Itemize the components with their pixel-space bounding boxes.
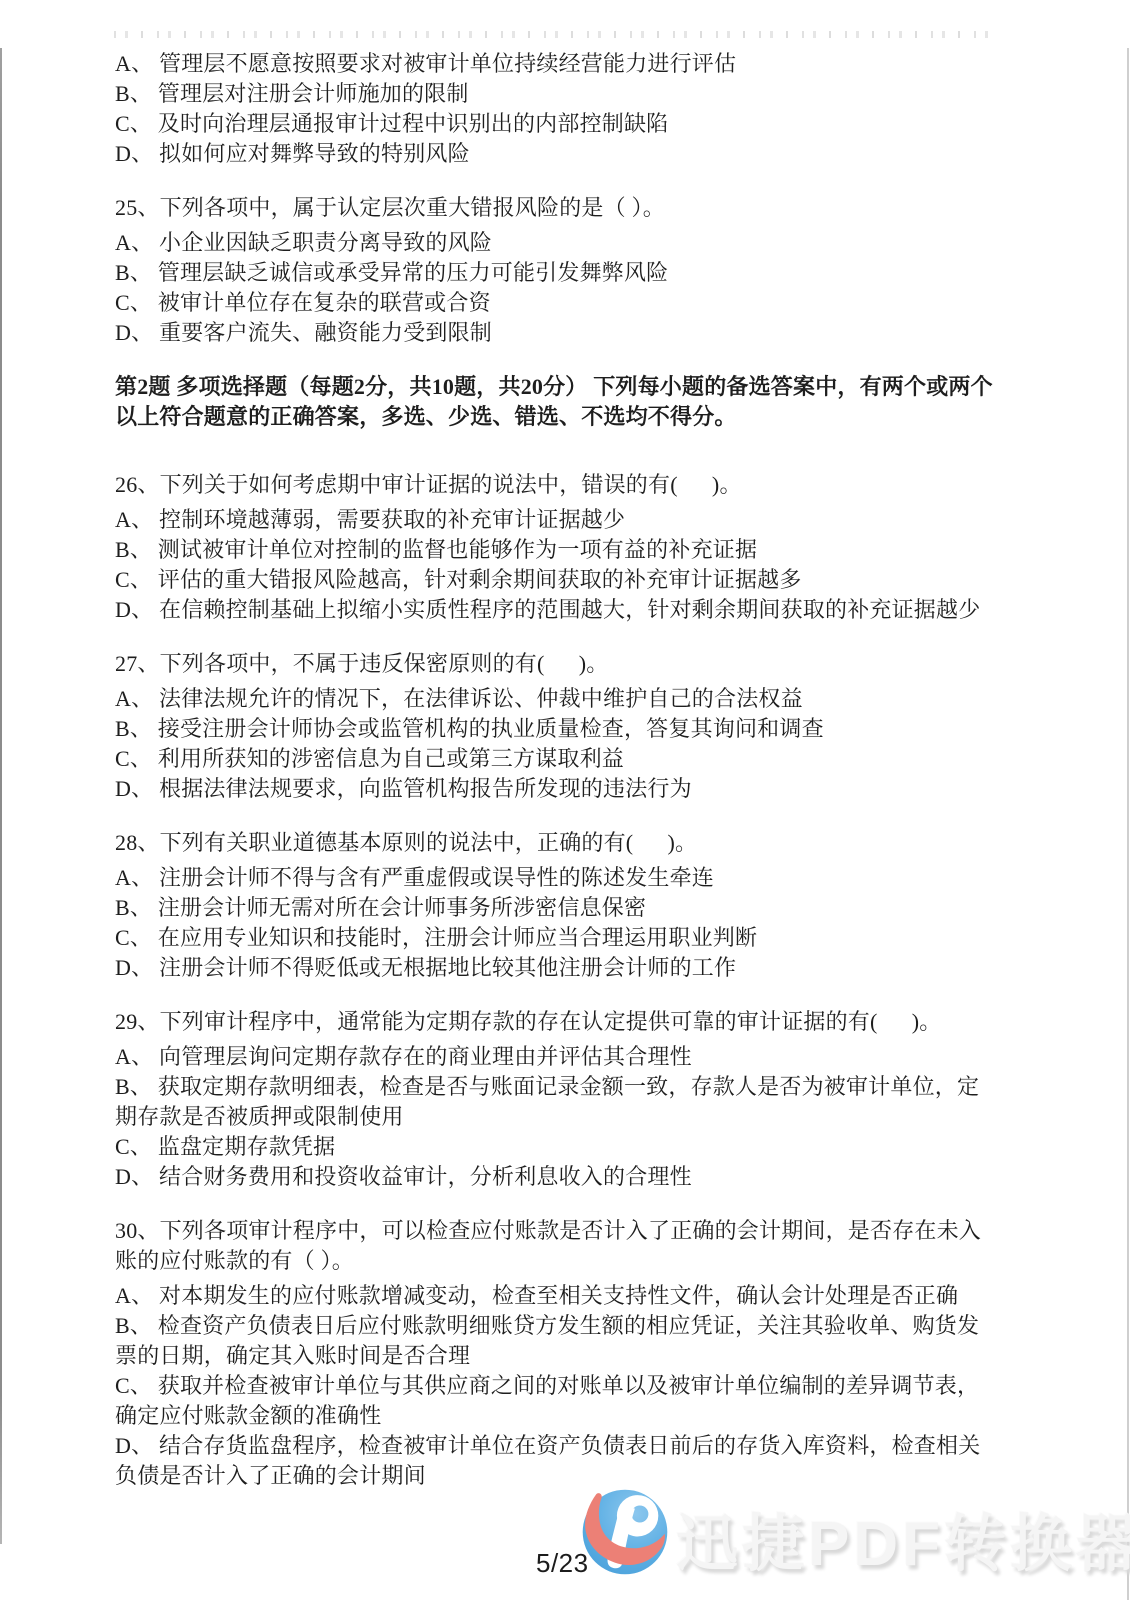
option-line: B、 注册会计师无需对所在会计师事务所涉密信息保密	[115, 893, 993, 923]
question-block: 30、下列各项审计程序中，可以检查应付账款是否计入了正确的会计期间，是否存在未入…	[115, 1216, 993, 1491]
question-block: 28、下列有关职业道德基本原则的说法中，正确的有( )。A、 注册会计师不得与含…	[115, 828, 993, 983]
option-line: C、 评估的重大错报风险越高，针对剩余期间获取的补充审计证据越多	[115, 565, 993, 595]
pdf-converter-logo-icon	[580, 1487, 670, 1577]
option-line: A、 法律法规允许的情况下，在法律诉讼、仲裁中维护自己的合法权益	[115, 684, 993, 714]
option-line: D、 在信赖控制基础上拟缩小实质性程序的范围越大，针对剩余期间获取的补充证据越少	[115, 595, 993, 625]
option-line: B、 检查资产负债表日后应付账款明细账贷方发生额的相应凭证，关注其验收单、购货发…	[115, 1311, 993, 1371]
option-line: B、 获取定期存款明细表，检查是否与账面记录金额一致，存款人是否为被审计单位，定…	[115, 1072, 993, 1132]
watermark-text: 迅捷PDF转换器	[676, 1494, 1130, 1583]
question-stem: 25、下列各项中，属于认定层次重大错报风险的是（ ）。	[115, 193, 993, 223]
option-line: C、 利用所获知的涉密信息为自己或第三方谋取利益	[115, 744, 993, 774]
option-line: D、 拟如何应对舞弊导致的特别风险	[115, 139, 993, 169]
option-line: A、 对本期发生的应付账款增减变动，检查至相关支持性文件，确认会计处理是否正确	[115, 1281, 993, 1311]
page-number: 5/23	[536, 1548, 589, 1579]
question-stem: 30、下列各项审计程序中，可以检查应付账款是否计入了正确的会计期间，是否存在未入…	[115, 1216, 993, 1276]
option-line: C、 及时向治理层通报审计过程中识别出的内部控制缺陷	[115, 109, 993, 139]
option-line: C、 在应用专业知识和技能时，注册会计师应当合理运用职业判断	[115, 923, 993, 953]
question-block: 25、下列各项中，属于认定层次重大错报风险的是（ ）。A、 小企业因缺乏职责分离…	[115, 193, 993, 348]
option-line: C、 被审计单位存在复杂的联营或合资	[115, 288, 993, 318]
option-line: A、 控制环境越薄弱，需要获取的补充审计证据越少	[115, 505, 993, 535]
exam-page: { "content": { "blocks": [ { "type": "op…	[0, 0, 1130, 1600]
question-stem: 28、下列有关职业道德基本原则的说法中，正确的有( )。	[115, 828, 993, 858]
section-header: 第2题 多项选择题（每题2分，共10题，共20分） 下列每小题的备选答案中，有两…	[115, 372, 993, 432]
option-line: A、 管理层不愿意按照要求对被审计单位持续经营能力进行评估	[115, 49, 993, 79]
question-stem: 27、下列各项中，不属于违反保密原则的有( )。	[115, 649, 993, 679]
option-line: A、 小企业因缺乏职责分离导致的风险	[115, 228, 993, 258]
option-line: D、 重要客户流失、融资能力受到限制	[115, 318, 993, 348]
option-line: B、 测试被审计单位对控制的监督也能够作为一项有益的补充证据	[115, 535, 993, 565]
option-line: D、 注册会计师不得贬低或无根据地比较其他注册会计师的工作	[115, 953, 993, 983]
question-block: 29、下列审计程序中，通常能为定期存款的存在认定提供可靠的审计证据的有( )。A…	[115, 1007, 993, 1192]
section-header-text: 第2题 多项选择题（每题2分，共10题，共20分） 下列每小题的备选答案中，有两…	[115, 372, 993, 432]
option-line: D、 结合存货监盘程序，检查被审计单位在资产负债表日前后的存货入库资料，检查相关…	[115, 1431, 993, 1491]
option-line: A、 向管理层询问定期存款存在的商业理由并评估其合理性	[115, 1042, 993, 1072]
cutoff-text-line-artifact	[114, 31, 994, 38]
options-block: A、 管理层不愿意按照要求对被审计单位持续经营能力进行评估B、 管理层对注册会计…	[115, 49, 993, 169]
option-line: D、 根据法律法规要求，向监管机构报告所发现的违法行为	[115, 774, 993, 804]
option-line: B、 管理层缺乏诚信或承受异常的压力可能引发舞弊风险	[115, 258, 993, 288]
option-line: A、 注册会计师不得与含有严重虚假或误导性的陈述发生牵连	[115, 863, 993, 893]
question-block: 26、下列关于如何考虑期中审计证据的说法中，错误的有( )。A、 控制环境越薄弱…	[115, 470, 993, 625]
page-left-edge-artifact	[0, 48, 2, 1544]
option-line: C、 监盘定期存款凭据	[115, 1132, 993, 1162]
option-line: B、 接受注册会计师协会或监管机构的执业质量检查，答复其询问和调查	[115, 714, 993, 744]
question-block: 27、下列各项中，不属于违反保密原则的有( )。A、 法律法规允许的情况下，在法…	[115, 649, 993, 804]
document-body: A、 管理层不愿意按照要求对被审计单位持续经营能力进行评估B、 管理层对注册会计…	[115, 49, 993, 1515]
question-stem: 29、下列审计程序中，通常能为定期存款的存在认定提供可靠的审计证据的有( )。	[115, 1007, 993, 1037]
question-stem: 26、下列关于如何考虑期中审计证据的说法中，错误的有( )。	[115, 470, 993, 500]
option-line: C、 获取并检查被审计单位与其供应商之间的对账单以及被审计单位编制的差异调节表，…	[115, 1371, 993, 1431]
option-line: D、 结合财务费用和投资收益审计，分析利息收入的合理性	[115, 1162, 993, 1192]
page-right-edge-artifact	[1127, 48, 1129, 1600]
option-line: B、 管理层对注册会计师施加的限制	[115, 79, 993, 109]
